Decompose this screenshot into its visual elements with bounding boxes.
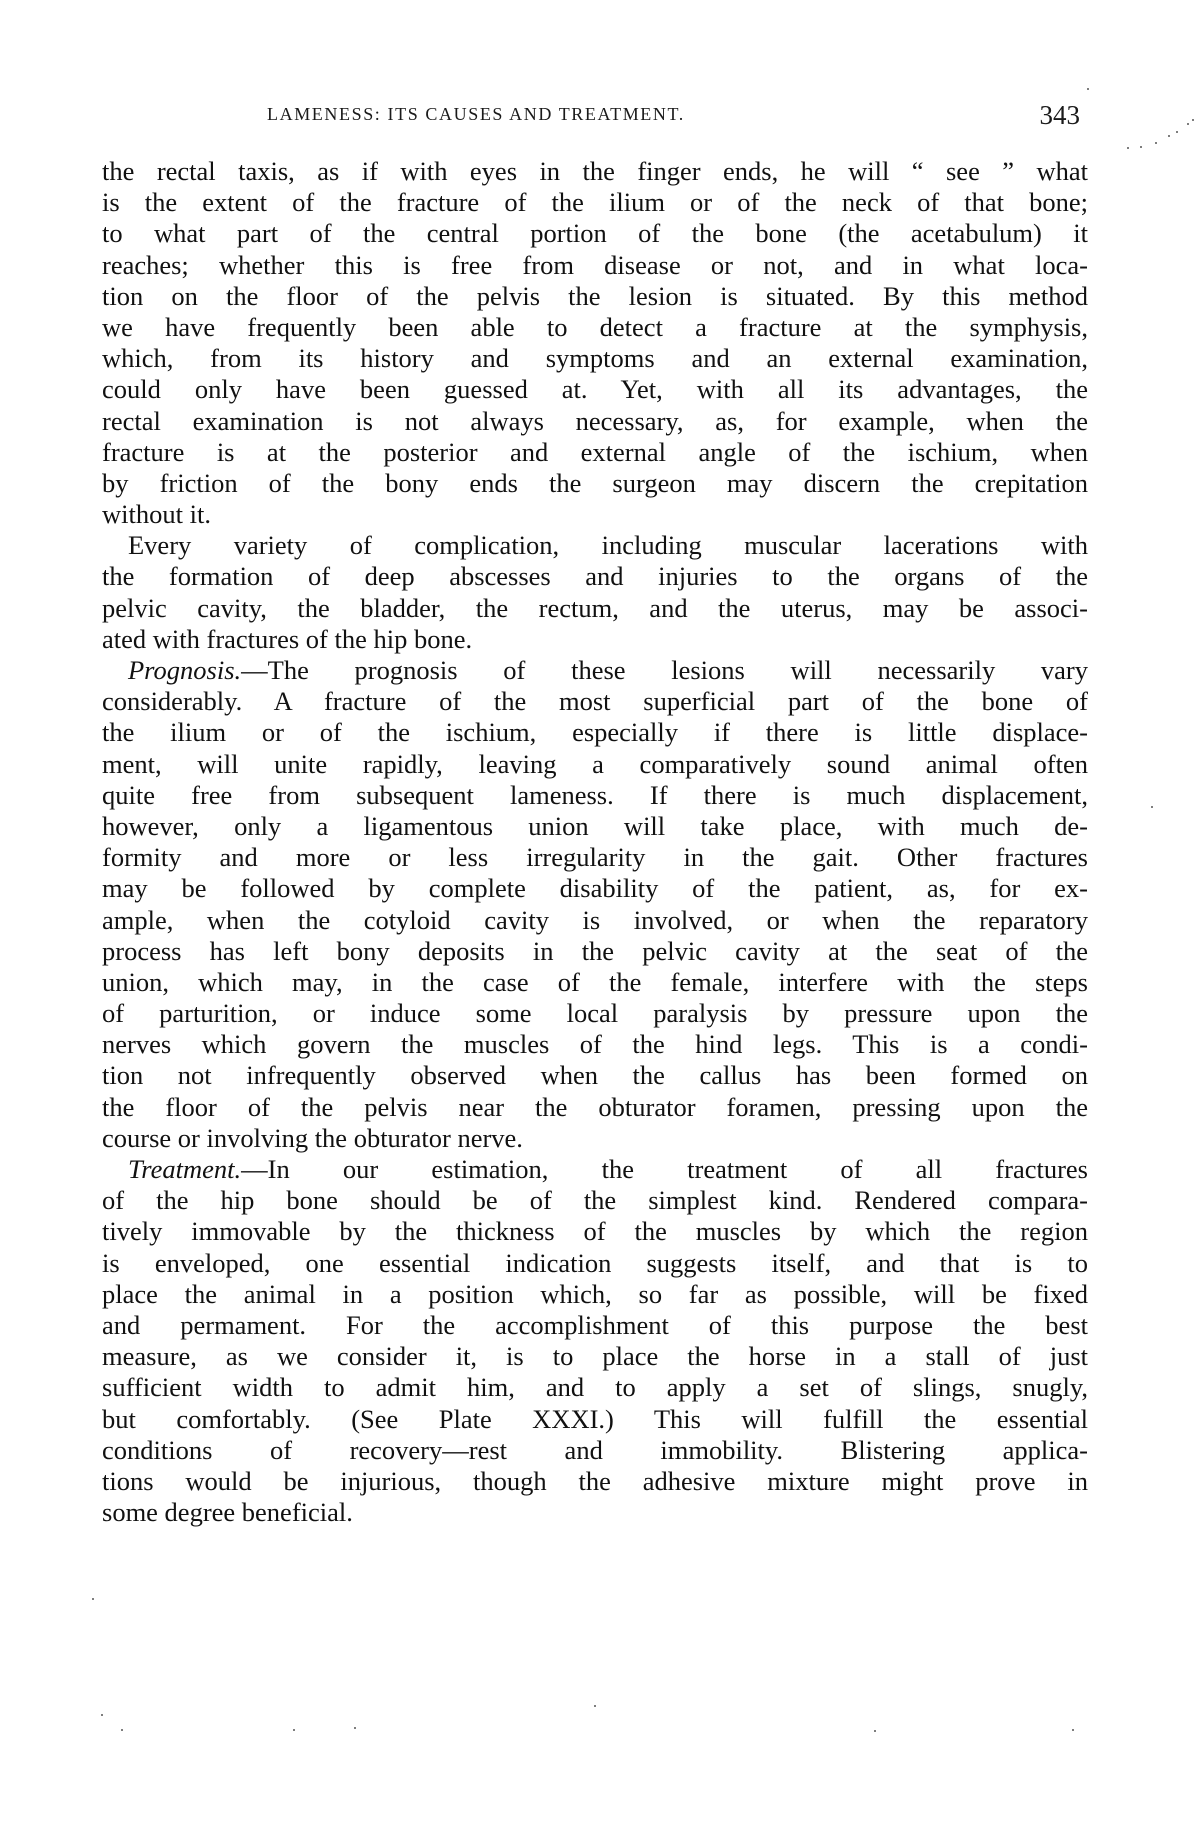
scan-speck xyxy=(101,1714,103,1716)
text-line: considerably. A fracture of the most sup… xyxy=(102,686,1088,717)
text-line: the ilium or of the ischium, especially … xyxy=(102,717,1088,748)
scan-speck xyxy=(594,1705,596,1707)
text-line: tions would be injurious, though the adh… xyxy=(102,1466,1088,1497)
scan-speck xyxy=(354,1727,356,1729)
scan-speck xyxy=(1127,147,1129,149)
text-line: tion not infrequently observed when the … xyxy=(102,1060,1088,1091)
text-line: of the hip bone should be of the simples… xyxy=(102,1185,1088,1216)
scan-speck xyxy=(1176,131,1178,133)
text-line: ated with fractures of the hip bone. xyxy=(102,624,1088,655)
text-line: sufficient width to admit him, and to ap… xyxy=(102,1372,1088,1403)
text-line: pelvic cavity, the bladder, the rectum, … xyxy=(102,593,1088,624)
text-line: ment, will unite rapidly, leaving a comp… xyxy=(102,749,1088,780)
paragraph-prognosis: Prognosis.—The prognosis of these lesion… xyxy=(102,655,1088,1154)
scan-speck xyxy=(874,1730,876,1732)
text-line-with-heading: Prognosis.—The prognosis of these lesion… xyxy=(102,655,1088,686)
text-line: union, which may, in the case of the fem… xyxy=(102,967,1088,998)
paragraph-treatment: Treatment.—In our estimation, the treatm… xyxy=(102,1154,1088,1528)
text-line: to what part of the central portion of t… xyxy=(102,218,1088,249)
text-line: place the animal in a position which, so… xyxy=(102,1279,1088,1310)
scan-speck xyxy=(1155,142,1157,144)
text-run: —The prognosis of these lesions will nec… xyxy=(241,655,1088,685)
text-line: tively immovable by the thickness of the… xyxy=(102,1216,1088,1247)
text-line: by friction of the bony ends the surgeon… xyxy=(102,468,1088,499)
text-line: Every variety of complication, including… xyxy=(102,530,1088,561)
text-line: fracture is at the posterior and externa… xyxy=(102,437,1088,468)
scan-speck xyxy=(121,1729,123,1731)
text-line: is the extent of the fracture of the ili… xyxy=(102,187,1088,218)
page-number: 343 xyxy=(1040,100,1081,131)
text-line: without it. xyxy=(102,499,1088,530)
text-line: the floor of the pelvis near the obturat… xyxy=(102,1092,1088,1123)
scan-speck xyxy=(1168,135,1170,137)
text-line: could only have been guessed at. Yet, wi… xyxy=(102,374,1088,405)
paragraph-rectal-examination: the rectal taxis, as if with eyes in the… xyxy=(102,156,1088,530)
scan-speck xyxy=(1072,1729,1074,1731)
scan-speck xyxy=(293,1729,295,1731)
scan-speck xyxy=(1151,806,1153,808)
text-line-with-heading: Treatment.—In our estimation, the treatm… xyxy=(102,1154,1088,1185)
running-head: LAMENESS: ITS CAUSES AND TREATMENT. 343 xyxy=(102,100,1088,130)
text-line: reaches; whether this is free from disea… xyxy=(102,250,1088,281)
text-line: ample, when the cotyloid cavity is invol… xyxy=(102,905,1088,936)
text-line: course or involving the obturator nerve. xyxy=(102,1123,1088,1154)
text-run: —In our estimation, the treatment of all… xyxy=(241,1154,1088,1184)
text-line: some degree beneficial. xyxy=(102,1497,1088,1528)
scan-speck xyxy=(1140,146,1142,148)
text-line: formity and more or less irregularity in… xyxy=(102,842,1088,873)
paragraph-complications: Every variety of complication, including… xyxy=(102,530,1088,655)
text-line: is enveloped, one essential indication s… xyxy=(102,1248,1088,1279)
text-line: may be followed by complete disability o… xyxy=(102,873,1088,904)
text-line: of parturition, or induce some local par… xyxy=(102,998,1088,1029)
text-line: however, only a ligamentous union will t… xyxy=(102,811,1088,842)
scan-speck xyxy=(1192,119,1194,121)
section-heading-prognosis: Prognosis. xyxy=(128,655,241,685)
text-line: nerves which govern the muscles of the h… xyxy=(102,1029,1088,1060)
text-line: the formation of deep abscesses and inju… xyxy=(102,561,1088,592)
running-title: LAMENESS: ITS CAUSES AND TREATMENT. xyxy=(267,104,685,125)
scan-speck xyxy=(1187,123,1189,125)
scan-speck xyxy=(92,1598,94,1600)
text-line: and permament. For the accomplishment of… xyxy=(102,1310,1088,1341)
text-line: process has left bony deposits in the pe… xyxy=(102,936,1088,967)
scan-speck xyxy=(1087,88,1089,90)
body-text: the rectal taxis, as if with eyes in the… xyxy=(102,156,1088,1528)
section-heading-treatment: Treatment. xyxy=(128,1154,241,1184)
text-line: quite free from subsequent lameness. If … xyxy=(102,780,1088,811)
text-line: which, from its history and symptoms and… xyxy=(102,343,1088,374)
text-line: but comfortably. (See Plate XXXI.) This … xyxy=(102,1404,1088,1435)
text-line: conditions of recovery—rest and immobili… xyxy=(102,1435,1088,1466)
text-line: measure, as we consider it, is to place … xyxy=(102,1341,1088,1372)
text-line: rectal examination is not always necessa… xyxy=(102,406,1088,437)
text-line: we have frequently been able to detect a… xyxy=(102,312,1088,343)
book-page: LAMENESS: ITS CAUSES AND TREATMENT. 343 … xyxy=(0,0,1200,1822)
text-line: the rectal taxis, as if with eyes in the… xyxy=(102,156,1088,187)
text-line: tion on the floor of the pelvis the lesi… xyxy=(102,281,1088,312)
